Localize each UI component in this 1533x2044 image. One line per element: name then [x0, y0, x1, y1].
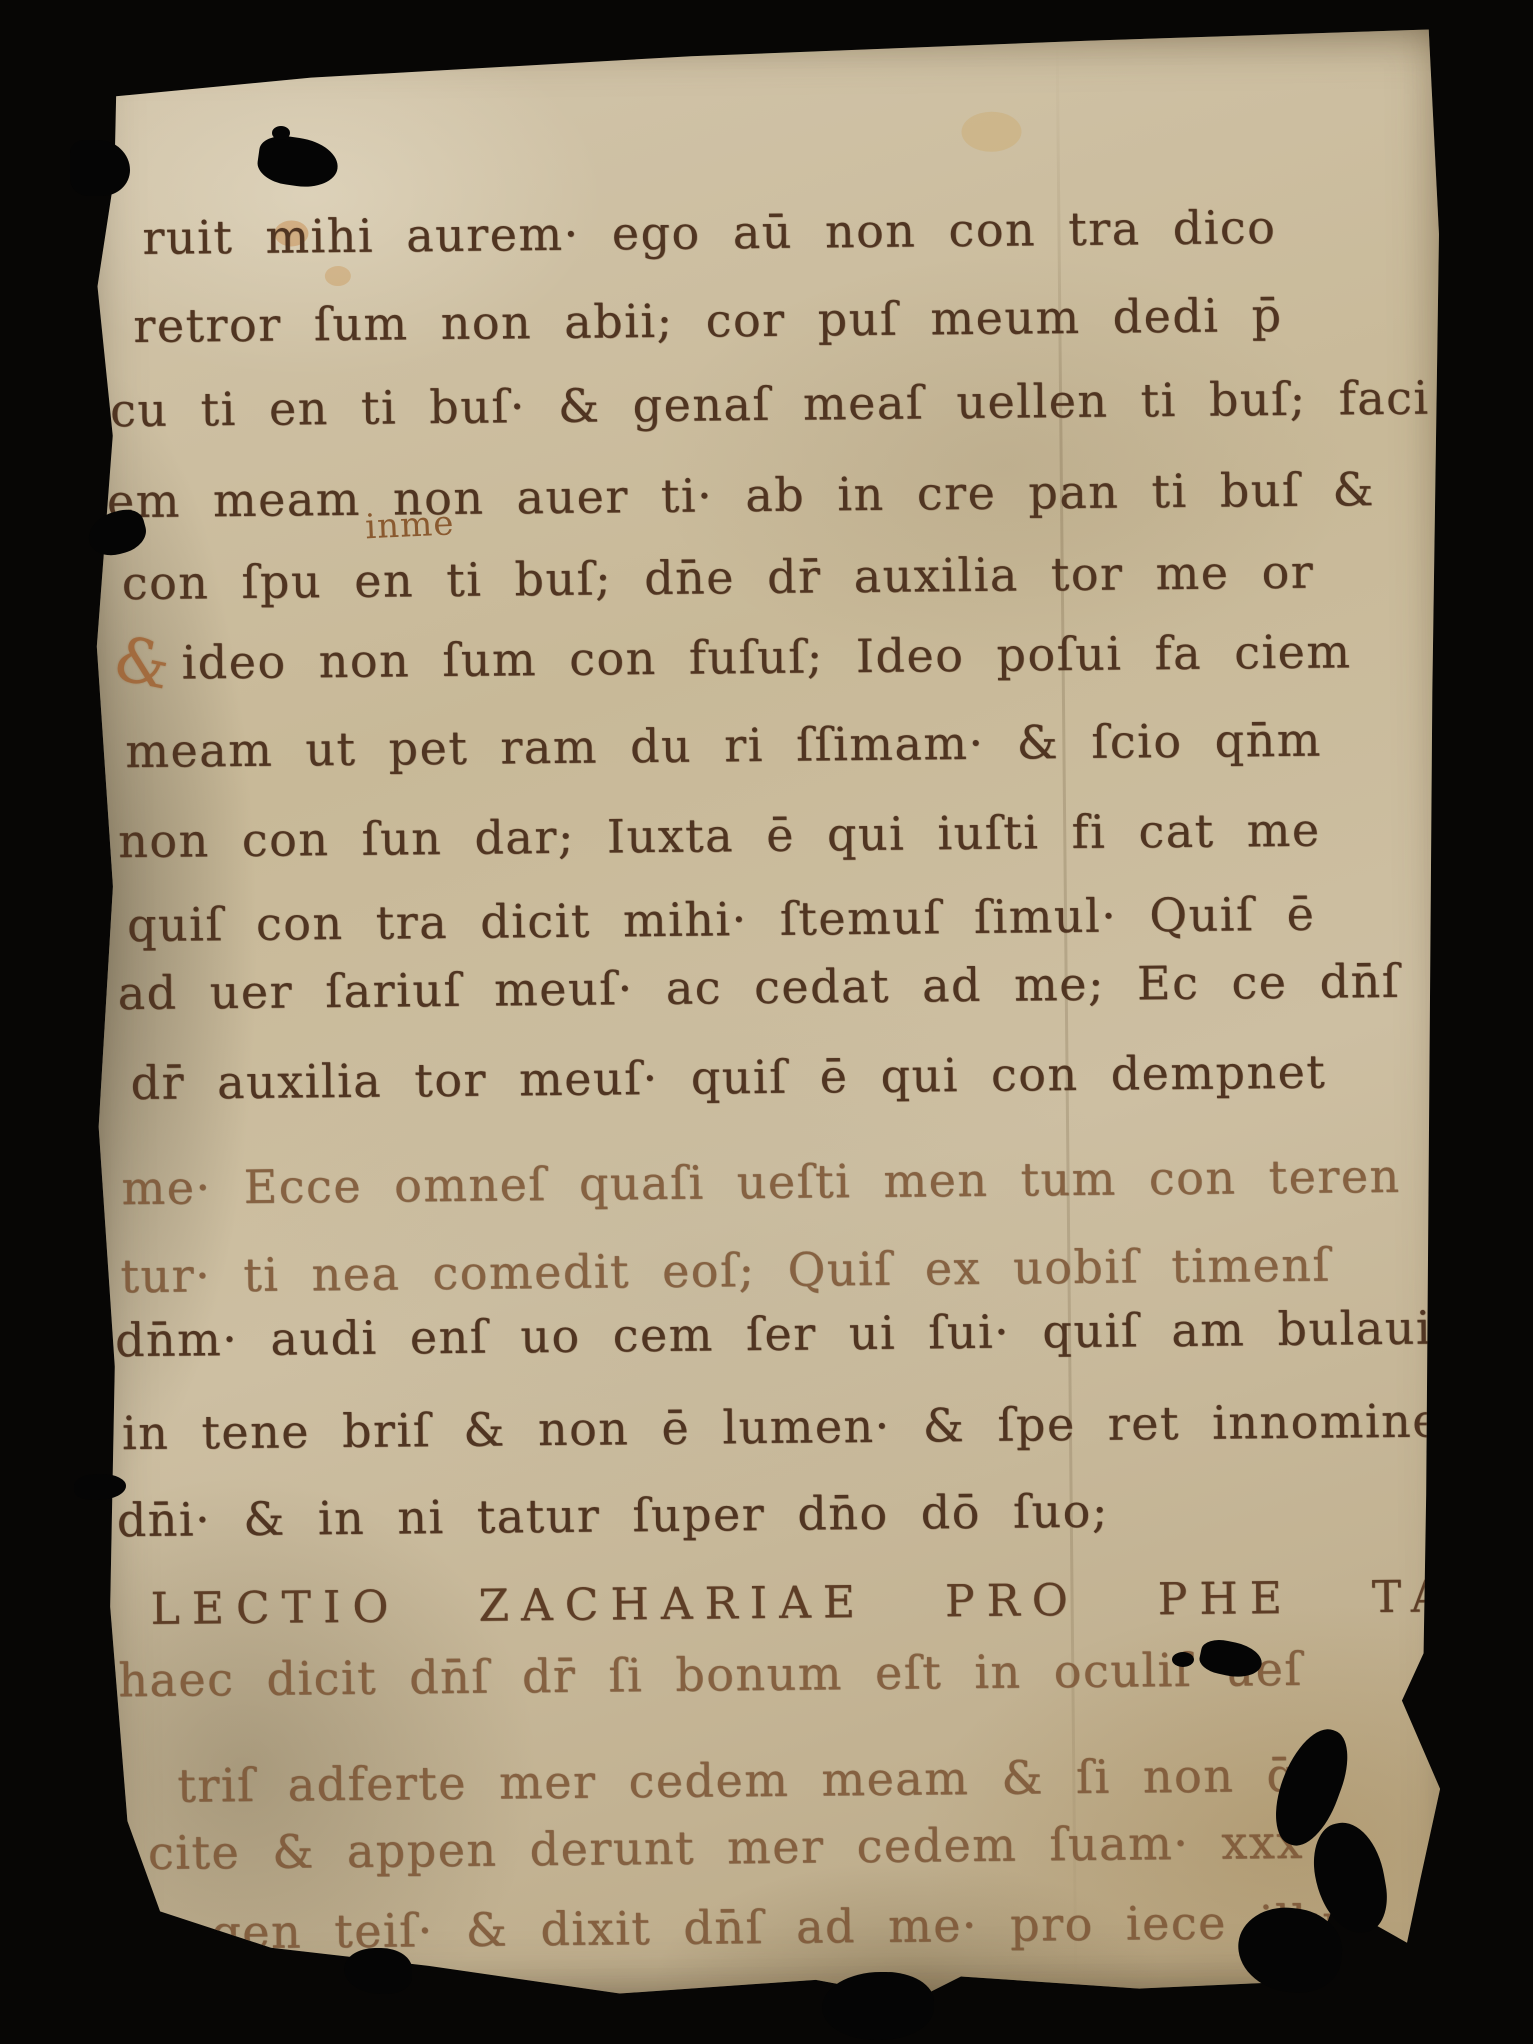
manuscript-line: ruit mihi aurem· ego aū non con tra dico — [142, 200, 1276, 265]
manuscript-line: me· Ecce omneſ quaſi ueſti men tum con t… — [121, 1149, 1401, 1215]
decorated-initial: & — [108, 621, 177, 704]
manuscript-line: meam ut pet ram du ri ſſimam· & ſcio qn̄… — [125, 713, 1322, 778]
manuscript-line: ideo non ſum con fuſuſ; Ideo poſui fa ci… — [181, 624, 1351, 689]
manuscript-line: in tene briſ & non ē lumen· & ſpe ret in… — [122, 1393, 1441, 1460]
yellow-stain — [961, 111, 1021, 152]
manuscript-line: cu ti en ti buſ· & genaſ meaſ uellen ti … — [110, 371, 1430, 438]
manuscript-line: haec dicit dn̄ſ dr̄ ſi bonum eſt in ocul… — [118, 1642, 1303, 1707]
parchment-leaf: ruit mihi aurem· ego aū non con tra dico… — [61, 27, 1462, 2008]
manuscript-line: ar gen teiſ· & dixit dn̄ſ ad me· pro iec… — [126, 1894, 1369, 1960]
manuscript-line: con ſpu en ti buſ; dn̄e dr̄ auxilia tor … — [122, 545, 1315, 610]
manuscript-line: em meam non auer ti· ab in cre pan ti bu… — [107, 462, 1375, 528]
manuscript-line: triſ adferte mer cedem meam & ſi non q̄ — [177, 1748, 1298, 1813]
interlinear-gloss: inme — [364, 503, 455, 547]
tear-hole — [1172, 1652, 1194, 1667]
manuscript-line: dn̄i· & in ni tatur ſuper dn̄o dō ſuo; — [117, 1484, 1110, 1548]
manuscript-line: dr̄ auxilia tor meuſ· quiſ ē qui con dem… — [130, 1045, 1326, 1110]
manuscript-line: retror ſum non abii; cor puſ meum dedi p… — [133, 288, 1283, 353]
manuscript-line: cite & appen derunt mer cedem ſuam· xxx — [148, 1815, 1304, 1880]
tear-hole — [70, 140, 130, 196]
orange-stain — [325, 266, 351, 286]
manuscript-line: non con ſun dar; Iuxta ē qui iuſti fi ca… — [118, 803, 1321, 869]
heading-lectio-zachariae: LECTIO ZACHARIAE PRO PHE TAE — [150, 1571, 1498, 1635]
manuscript-line: dn̄m· audi enſ uo cem ſer ui ſui· quiſ a… — [115, 1300, 1452, 1367]
manuscript-line: ad uer ſariuſ meuſ· ac cedat ad me; Ec c… — [117, 954, 1400, 1020]
manuscript-line: quiſ con tra dicit mihi· ſtemuſ ſimul· Q… — [127, 887, 1316, 952]
tear-hole — [272, 126, 290, 140]
manuscript-line: tur· ti nea comedit eoſ; Quiſ ex uobiſ t… — [120, 1238, 1331, 1304]
tear-hole — [822, 1972, 934, 2040]
